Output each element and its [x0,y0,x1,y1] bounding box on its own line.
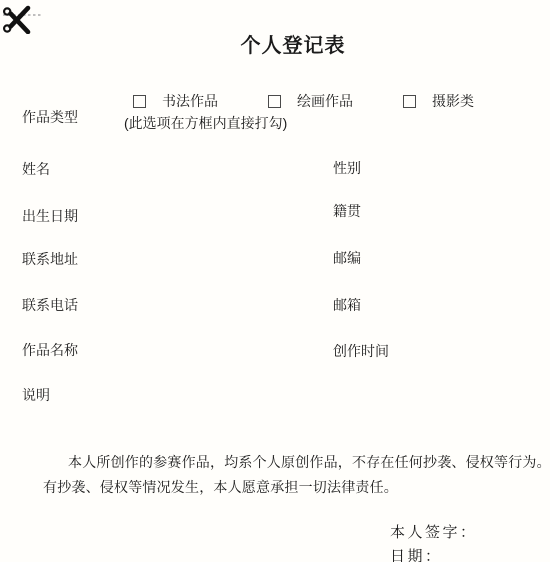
declaration-line-2: 有抄袭、侵权等情况发生，本人愿意承担一切法律责任。 [43,478,398,496]
field-label-description: 说明 [22,386,50,404]
option-calligraphy-label: 书法作品 [162,91,218,111]
work-type-note: (此选项在方框内直接打勾) [124,114,287,132]
registration-form-page: 个人登记表 作品类型 书法作品 绘画作品 摄影类 (此选项在方框内直接打勾) 姓… [0,0,550,562]
page-title: 个人登记表 [36,29,550,58]
field-label-address: 联系地址 [22,250,78,268]
work-type-options: 书法作品 绘画作品 摄影类 [0,92,550,110]
checkbox-painting[interactable] [268,95,281,108]
field-label-creation-time: 创作时间 [333,342,389,360]
option-painting-label: 绘画作品 [297,91,353,111]
option-photography: 摄影类 [403,92,474,110]
option-photography-label: 摄影类 [432,91,474,111]
field-label-birthdate: 出生日期 [22,207,78,225]
field-label-name: 姓名 [22,160,50,178]
signature-label: 本人签字： [390,521,478,542]
option-calligraphy: 书法作品 [133,92,218,110]
field-label-gender: 性别 [333,159,361,177]
checkbox-photography[interactable] [403,95,416,108]
work-type-label: 作品类型 [22,108,78,126]
date-label: 日期： [390,545,443,562]
field-label-postal-code: 邮编 [333,249,361,267]
declaration-line-1: 本人所创作的参赛作品，均系个人原创作品，不存在任何抄袭、侵权等行为。如 [68,453,550,471]
field-label-phone: 联系电话 [22,296,78,314]
field-label-native-place: 籍贯 [333,202,361,220]
field-label-email: 邮箱 [333,296,361,314]
option-painting: 绘画作品 [268,92,353,110]
field-label-work-title: 作品名称 [22,341,78,359]
checkbox-calligraphy[interactable] [133,95,146,108]
